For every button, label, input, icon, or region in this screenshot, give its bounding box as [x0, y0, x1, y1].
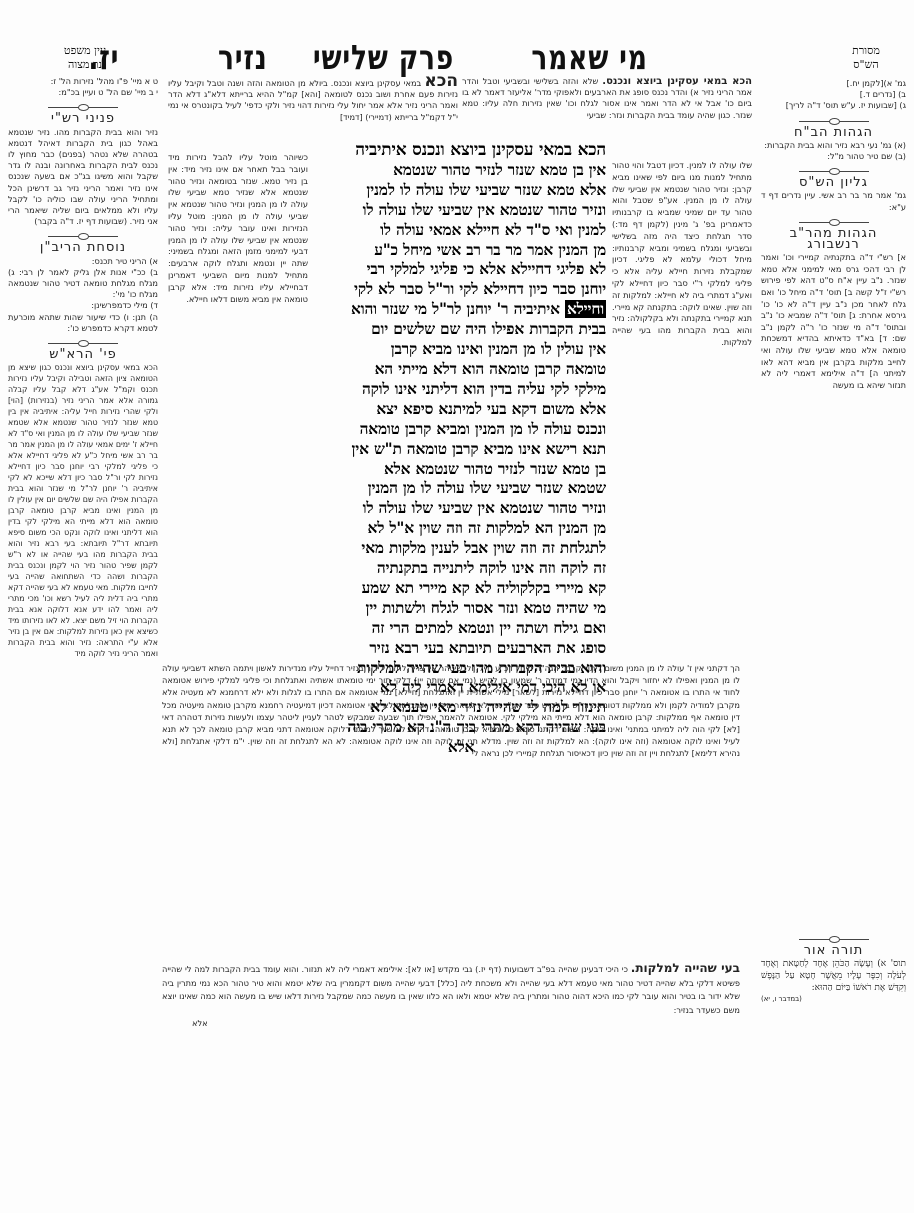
rashi-left-text: כשיוהר מוטל עליו להבל נזירות מיד ועובר ב…	[168, 152, 308, 304]
tractate-name: נזיר	[217, 38, 267, 78]
tosafot-bottom-text: הך דקתני אין ז' עולה לו מן המנין משום לי…	[162, 663, 740, 758]
pninei-rashi-text: נזיר והוא בבית הקברות מהו. נזיר שנטמא בא…	[8, 127, 158, 228]
rivan-note: ד) מילי כדמפרשינן:	[8, 300, 158, 311]
rosh-text: הכא במאי עסקינן ביוצא ונכנס כגון שיצא מן…	[8, 362, 158, 659]
chapter-name: מי שאמר	[531, 38, 647, 78]
gilyon-hashas-note: גמ' אמר מר בר רב אשי. עיין נדרים דף ד ע"…	[761, 190, 906, 212]
ranschburg-notes: א] רש"י ד"ה בתקנתיה קמיירי וכו' ואמר לן …	[761, 252, 906, 391]
tosafot-bottom-block: הך דקתני אין ז' עולה לו מן המנין משום לי…	[162, 662, 740, 760]
gemara-line: בן טמא שנזר לנזיר טהור שנטמא אלא	[316, 460, 606, 480]
gemara-line: אין עולין לו מן המנין ואינו מביא קרבן	[316, 340, 606, 360]
masoret-note: ג) [שבועות יז. ע"ש תוס' ד"ה לריך]	[761, 100, 906, 111]
ornament-divider	[799, 939, 869, 940]
gemara-line: מן המנין אמר מר בר רב אשי מיחל כ"ע	[316, 241, 606, 261]
ornament-divider	[799, 171, 869, 172]
gemara-line: אלא משום דקא בעי למיתנא סיפא יצא	[316, 400, 606, 420]
ornament-divider	[48, 236, 118, 237]
torah-or-verse: תוס' א) וְעָשָׂה הַכֹּהֵן אֶחָד לְחַטָּא…	[761, 958, 906, 994]
gemara-line: ונזיר טהור שנטמא אין שביעי שלו עולה לו	[316, 499, 606, 519]
ornament-divider	[799, 121, 869, 122]
rashi-top-block: הכא במאי עסקינן ביוצא ונכנס. ביולא מן הט…	[168, 76, 458, 123]
ein-mishpat-note: ט א מיי' פ"ו מהל' נזירות הל' ז:	[8, 76, 158, 87]
rivan-title: נוסחת הריב"ן	[8, 242, 158, 253]
gemara-line: אלא טמא שנזר שביעי שלו עולה לו למנין	[316, 181, 606, 201]
gemara-line: קא מיירי בקלקוליה לא קא מיירי תא שמע	[316, 579, 606, 599]
rashi-opening-word: הכא	[424, 71, 458, 91]
ranschburg-title: הגהות מהר"ב רנשבורג	[761, 228, 906, 250]
gemara-line: ונכנס עולה לו מן המנין ומביא קרבן טומאה	[316, 420, 606, 440]
gemara-line: טומאה קרבן טומאה הוא דלא מייתי הא	[316, 360, 606, 380]
ornament-divider	[48, 107, 118, 108]
tosafot-right-text: שלו עולה לו למנין. דכיון דטבל והוי טהור …	[612, 160, 752, 347]
gemara-line: אין בן טמא שנזר לנזיר טהור שנטמא	[316, 161, 606, 181]
rashi-text: במאי עסקינן ביוצא ונכנס. ביולא מן הטומאה…	[168, 78, 458, 122]
rivan-note: ה) תנן: ו) כדי שיעור שהות שתהא מוכרעת לט…	[8, 312, 158, 334]
torah-or-section: תורה אור תוס' א) וְעָשָׂה הַכֹּהֵן אֶחָד…	[761, 930, 906, 1005]
rosh-title: פי' הרא"ש	[8, 349, 158, 360]
gemara-line: לתגלחת זה וזה שוין אבל לענין מלקות מאי	[316, 539, 606, 559]
gemara-line: סופג את הארבעים תיובתא בעי רבא נזיר	[316, 639, 606, 659]
masoret-note: גמ' א)[לקמן יח.]	[761, 78, 906, 89]
hagahot-bach-note: (ב) שם טיר טהור מ"ל:	[761, 151, 906, 162]
gemara-line-text: איתיביה ר' יוחנן לר"ל מי שנזר והוא	[351, 300, 560, 318]
masoret-hashas-label: מסורת הש"ס	[836, 44, 896, 72]
gemara-line: וחיילא איתיביה ר' יוחנן לר"ל מי שנזר והו…	[316, 300, 606, 320]
ein-mishpat-label: עין משפט נר מצוה	[50, 44, 120, 72]
hagahot-bach-note: (א) גמ' נעי רבא נזיר והוא בבית הקברות:	[761, 140, 906, 151]
tosafot-footer-dibbur: בעי שהייה למלקות.	[631, 961, 740, 975]
gilyon-hashas-title: גליון הש"ס	[761, 177, 906, 188]
torah-or-title: תורה אור	[761, 945, 906, 956]
rivan-note: א) הריני טיר תכנס:	[8, 256, 158, 267]
left-margin: ט א מיי' פ"ו מהל' נזירות הל' ז: י ב מיי'…	[8, 76, 158, 659]
ornament-divider	[48, 343, 118, 344]
ein-mishpat-note: י ב מיי' שם הל' ט ועיין בכ"מ:	[8, 87, 158, 98]
highlighted-word: וחיילא	[565, 300, 606, 318]
rivan-note: ב) ככ"י אנות אלן גליק לאמר לן רבי: ג) מג…	[8, 267, 158, 301]
gemara-line: יוחנן סבר כיון דחיילא לקי ור"ל סבר לא לק…	[316, 280, 606, 300]
gemara-line: תנא רישא אינו מביא קרבן טומאה ת"ש אין	[316, 440, 606, 460]
catchword: אלא	[162, 1017, 740, 1031]
masoret-note: ב) [נדרים ד.]	[761, 89, 906, 100]
rashi-left-column: כשיוהר מוטל עליו להבל נזירות מיד ועובר ב…	[168, 152, 308, 305]
gemara-line: מילקי לקי עליה בדין הוא דליתני אינו לוקה	[316, 380, 606, 400]
gemara-line: ואם גילח ושתה יין ונטמא למתים הרי זה	[316, 619, 606, 639]
gemara-line: מן המנין הא למלקות זה וזה שוין א"ל לא	[316, 519, 606, 539]
torah-or-reference: (במדבר ו, יא)	[761, 994, 906, 1005]
gemara-line: ונזיר טהור שנטמא אין שביעי שלו עולה לו	[316, 201, 606, 221]
gemara-line: בבית הקברות אפילו היה שם שלשים יום	[316, 320, 606, 340]
tosafot-right-column: שלו עולה לו למנין. דכיון דטבל והוי טהור …	[612, 160, 752, 349]
ornament-divider	[799, 222, 869, 223]
gemara-line: הכא במאי עסקינן ביוצא ונכנס איתיביה	[316, 141, 606, 161]
tosafot-top-block: הכא במאי עסקינן ביוצא ונכנס. שלא והזה בש…	[462, 76, 752, 121]
gemara-line: למנין ואי ס"ד לא חיילא אמאי עולה לו	[316, 221, 606, 241]
gemara-line: מי שהיה טמא ונזר אסור לגלח ולשתות יין	[316, 599, 606, 619]
tosafot-footer-block: בעי שהייה למלקות. כי היכי דבעינן שהייה ב…	[162, 962, 740, 1031]
gemara-line: לא פליגי דחיילא אלא כי פליגי למלקי רבי	[316, 260, 606, 280]
pninei-rashi-title: פניני רש"י	[8, 113, 158, 124]
masoret-notes: גמ' א)[לקמן יח.] ב) [נדרים ד.] ג) [שבועו…	[761, 78, 906, 112]
gemara-line: זה לוקה וזה אינו לוקה ליתנייה בתקנתיה	[316, 559, 606, 579]
hagahot-bach-title: הגהות הב"ח	[761, 127, 906, 138]
gemara-line: שטמא שנזר שביעי שלו עולה לו מן המנין	[316, 479, 606, 499]
right-margin: גמ' א)[לקמן יח.] ב) [נדרים ד.] ג) [שבועו…	[761, 78, 906, 391]
tosafot-dibbur: הכא במאי עסקינן ביוצא ונכנס.	[602, 76, 752, 87]
